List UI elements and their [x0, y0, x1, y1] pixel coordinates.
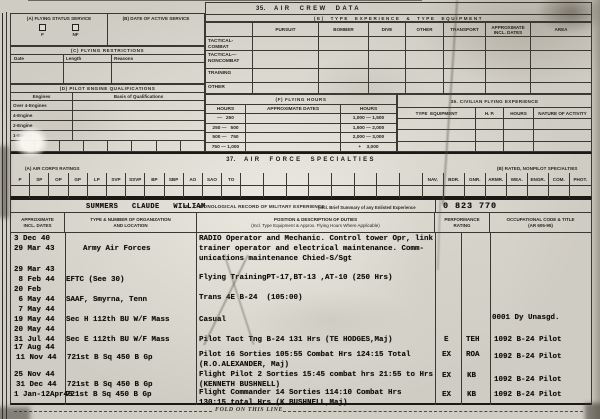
- grid-cell: [504, 119, 534, 130]
- rating-cell-ao: AO: [184, 173, 203, 200]
- flying-status-f-checkbox: [39, 24, 46, 31]
- table-column-divider: [490, 233, 491, 405]
- section-38-number: 38.: [183, 204, 189, 209]
- row-duties-line: Casual: [199, 316, 226, 324]
- restrictions-col-length: Length: [66, 56, 81, 61]
- air-corps-ratings-label: (A) AIR CORPS RATINGS: [25, 166, 80, 171]
- grid-cell: [253, 51, 319, 69]
- section-35-title: AIR CREW DATA: [274, 5, 361, 13]
- grid-cell: [84, 141, 108, 152]
- f-hours-bracket: 500 — 750: [206, 133, 246, 143]
- row-duties-line: Flying TrainingPT-17,BT-13 ,AT-10 (250 H…: [199, 274, 393, 282]
- grid-cell: [531, 51, 591, 69]
- grid-cell: [444, 37, 486, 51]
- row-performance-rating: EX: [442, 351, 451, 359]
- stain-bottom-left-corner: [0, 407, 30, 419]
- specialty-cell-nav: NAV.: [423, 173, 444, 200]
- grid-cell: [504, 130, 534, 141]
- basis-cell: [73, 121, 204, 130]
- date-of-active-service-box: (B) DATE OF ACTIVE SERVICE: [107, 13, 205, 46]
- rating-cell-blank: [241, 173, 264, 200]
- specialty-cell-engr: ENGR.: [528, 173, 549, 200]
- flying-status-f-label: F: [41, 32, 44, 37]
- e-col-transport: TRANSPORT: [444, 23, 486, 37]
- row-date-to: 29 Mar 43: [14, 245, 55, 253]
- section-35-title-band: 35. AIR CREW DATA: [205, 2, 592, 14]
- row-date-to: 31 Jul 44: [14, 336, 55, 344]
- f-hours-bracket: 1,500 — 2,000: [341, 124, 396, 134]
- specialties-grid: P SP OP GP LP SVP SSVP BP SBP AO SAO TO …: [11, 173, 591, 200]
- f-col-approx-dates: APPROXIMATE DATES: [246, 104, 341, 114]
- section-38-subtitle: (Incl. Brief Summary of any Enlisted Exp…: [318, 205, 416, 210]
- civilian-flying-experience-box: 36. CIVILIAN FLYING EXPERIENCE TYPE EQUI…: [397, 94, 592, 152]
- table-column-divider: [196, 233, 197, 405]
- e-row-tactical-noncombat: TACTICAL—NONCOMBAT: [206, 51, 253, 69]
- f-hours-bracket: 250 — 500: [206, 124, 246, 134]
- row-date-to: 31 Dec 44: [16, 381, 57, 389]
- grid-cell: [398, 119, 476, 130]
- rating-cell-blank: [332, 173, 355, 200]
- civ-col-nature: NATURE OF ACTIVITY: [534, 107, 591, 119]
- row-date-from: 20 May 44: [14, 326, 55, 334]
- row-duties-line: Pilot Tact Tng B-24 131 Hrs (TE HODGES,M…: [199, 336, 393, 344]
- engine-row-over4: Over 4-Engines: [11, 101, 73, 110]
- stain-left-edge: [0, 146, 9, 218]
- chrono-body: 3 Dec 40 29 Mar 43 Army Air Forces RADIO…: [11, 233, 591, 405]
- rating-cell-svp: SVP: [107, 173, 126, 200]
- rating-cell-sbp: SBP: [165, 173, 184, 200]
- row-date-from: 1 Jan-12Apr45: [14, 391, 73, 399]
- row-performance-rating: EX: [442, 372, 451, 380]
- pilot-engine-qualifications-box: (D) PILOT ENGINE QUALIFICATIONS Engines …: [10, 84, 205, 152]
- row-date-from: 29 Mar 43: [14, 266, 55, 274]
- chrono-col-rating: PERFORMANCERATING: [435, 213, 490, 232]
- fold-dash-left: [14, 411, 212, 412]
- basis-cell: [73, 111, 204, 120]
- f-col-hours-right: HOURS: [341, 104, 396, 114]
- e-row-training: TRAINING: [206, 69, 253, 83]
- flying-status-service-box: (A) FLYING STATUS SERVICE F NF: [10, 13, 108, 46]
- e-col-bomber: BOMBER: [319, 23, 369, 37]
- flying-status-nf-label: NF: [72, 32, 78, 37]
- rating-cell-gp: GP: [69, 173, 88, 200]
- row-duties-line: RADIO Operator and Mechanic. Control tow…: [199, 235, 433, 243]
- basis-cell: [73, 101, 204, 110]
- flying-restrictions-label: (C) FLYING RESTRICTIONS: [11, 47, 204, 55]
- grid-cell: [406, 51, 444, 69]
- section-35-number: 35.: [256, 5, 266, 13]
- rating-cell-blank: [287, 173, 310, 200]
- grid-cell: [534, 119, 591, 130]
- grid-cell: [398, 130, 476, 141]
- grid-cell: [206, 23, 253, 37]
- rating-cell-sao: SAO: [203, 173, 222, 200]
- section-37-title: AIR FORCE SPECIALTIES: [244, 156, 376, 164]
- grid-cell: [11, 141, 35, 152]
- flying-hours-grid: HOURS APPROXIMATE DATES HOURS — 2501,000…: [206, 104, 396, 153]
- f-col-hours-left: HOURS: [206, 104, 246, 114]
- row-organization: Sec H 112th BU W/F Mass: [66, 316, 170, 324]
- engine-row-4: 4-Engine: [11, 111, 73, 120]
- civilian-flying-grid: TYPE EQUIPMENT H. P. HOURS NATURE OF ACT…: [398, 107, 591, 153]
- grid-cell: [132, 141, 156, 152]
- row-rater-initials: KB: [467, 372, 476, 380]
- grid-cell: [534, 130, 591, 141]
- grid-cell: [319, 51, 369, 69]
- row-duties-line: trainer operator and electrical maintena…: [199, 245, 424, 253]
- civ-col-hours: HOURS: [504, 107, 534, 119]
- e-col-approx-dates: APPROXIMATE INCL. DATES: [486, 23, 531, 37]
- specialty-cell-bdr: BDR.: [444, 173, 465, 200]
- section-38-title: CHRONOLOGICAL RECORD OF MILITARY EXPERIE…: [193, 204, 325, 209]
- chrono-col-duties: POSITION & DESCRIPTION OF DUTIES(Incl. T…: [197, 213, 435, 232]
- grid-cell: [319, 69, 369, 83]
- grid-cell: [486, 51, 531, 69]
- row-organization: EFTC (See 30): [66, 276, 125, 284]
- row-date-from: 7 May 44: [14, 306, 55, 314]
- rating-cell-op: OP: [49, 173, 68, 200]
- row-date-to: 8 Feb 44: [14, 276, 55, 284]
- air-force-specialties-box: 37. AIR FORCE SPECIALTIES (A) AIR CORPS …: [10, 152, 592, 198]
- engine-row-1: 1-Engine: [11, 131, 73, 140]
- row-date-from: 25 Nov 44: [14, 371, 55, 379]
- rating-cell-ssvp: SSVP: [126, 173, 145, 200]
- chrono-header-row: APPROXIMATEINCL. DATES TYPE & NUMBER OF …: [11, 213, 591, 233]
- row-duties-line: Trans 4E B-24 (105:00): [199, 294, 303, 302]
- row-rater-initials: KB: [467, 391, 476, 399]
- rating-cell-lp: LP: [88, 173, 107, 200]
- civ-col-type-equipment: TYPE EQUIPMENT: [398, 107, 476, 119]
- e-col-area: AREA: [531, 23, 591, 37]
- type-experience-label-band: (E) TYPE EXPERIENCE & TYPE EQUIPMENT: [205, 14, 592, 22]
- restrictions-col-date: Date: [14, 56, 24, 61]
- page-edge-line-inner: [6, 12, 7, 419]
- basis-col-label: Basis of Qualifications: [73, 93, 204, 100]
- flying-status-service-label: (A) FLYING STATUS SERVICE: [11, 14, 107, 21]
- row-organization: 721st B Sq 450 B Gp: [67, 381, 153, 389]
- e-row-tactical-combat: TACTICAL-COMBAT: [206, 37, 253, 51]
- fold-dash-right: [283, 411, 583, 412]
- table-column-divider: [435, 233, 436, 405]
- table-column-divider: [461, 233, 462, 405]
- grid-cell: [476, 130, 504, 141]
- specialty-cell-wea: WEA.: [507, 173, 528, 200]
- grid-cell: [486, 37, 531, 51]
- scanned-military-form: 35. AIR CREW DATA (A) FLYING STATUS SERV…: [0, 0, 600, 419]
- row-date-to: 6 May 44: [14, 296, 55, 304]
- type-experience-grid: PURSUIT BOMBER DIVE OTHER TRANSPORT APPR…: [205, 22, 592, 94]
- row-date-to: 19 May 44: [14, 316, 55, 324]
- flying-restrictions-box: (C) FLYING RESTRICTIONS Date Length Reas…: [10, 46, 205, 84]
- row-rater-initials: ROA: [466, 351, 480, 359]
- specialty-cell-com: COM.: [549, 173, 570, 200]
- e-col-other: OTHER: [406, 23, 444, 37]
- f-hours-bracket: 2,000 — 3,000: [341, 133, 396, 143]
- row-organization: Army Air Forces: [83, 245, 151, 253]
- row-occupational-code: 1092 B-24 Pilot: [494, 391, 562, 399]
- grid-cell: [319, 37, 369, 51]
- f-hours-bracket: — 250: [206, 114, 246, 124]
- civilian-flying-experience-title: 36. CIVILIAN FLYING EXPERIENCE: [398, 95, 591, 107]
- row-organization: 721st B Sq 450 B Gp: [67, 354, 153, 362]
- rated-nonpilot-label: (B) RATED, NONPILOT SPECIALTIES: [497, 166, 577, 171]
- civ-col-hp: H. P.: [476, 107, 504, 119]
- chrono-col-occupational-code: OCCUPATIONAL CODE & TITLE(AR 605-95): [490, 213, 591, 232]
- rating-cell-blank: [264, 173, 287, 200]
- rating-cell-p: P: [11, 173, 30, 200]
- flying-hours-box: (F) FLYING HOURS HOURS APPROXIMATE DATES…: [205, 94, 397, 152]
- row-occupational-code: 1092 B-24 Pilot: [494, 376, 562, 384]
- page-edge-line-outer: [2, 13, 3, 419]
- basis-cell: [73, 131, 204, 140]
- row-occupational-code: 1092 B-24 Pilot: [494, 336, 562, 344]
- grid-cell: [60, 141, 84, 152]
- name-band: SUMMERS CLAUDE WILLIAM 38. CHRONOLOGICAL…: [11, 200, 591, 213]
- date-of-active-service-label: (B) DATE OF ACTIVE SERVICE: [108, 14, 204, 21]
- row-organization: SAAF, Smyrna, Tenn: [66, 296, 147, 304]
- stain-bottom-right-corner: [585, 403, 600, 419]
- restrictions-divider: [111, 55, 112, 83]
- row-duties-line: Pilot 16 Sorties 105:55 Combat Hrs 124:1…: [199, 351, 411, 359]
- rating-cell-bp: BP: [145, 173, 164, 200]
- specialty-cell-phot: PHOT.: [570, 173, 591, 200]
- grid-cell: [369, 51, 406, 69]
- grid-cell: [369, 69, 406, 83]
- section-37-number: 37.: [226, 156, 236, 164]
- fold-line-text: FOLD ON THIS LINE: [215, 406, 283, 414]
- row-organization: 721st B Sq 450 B Gp: [66, 391, 152, 399]
- restrictions-divider: [63, 55, 64, 83]
- row-occupational-code: 1092 B-24 Pilot: [494, 353, 562, 361]
- engine-row-2: 2-Engine: [11, 121, 73, 130]
- grid-cell: [253, 69, 319, 83]
- grid-cell: [531, 69, 591, 83]
- rating-cell-blank: [355, 173, 378, 200]
- flying-hours-label: (F) FLYING HOURS: [206, 95, 396, 104]
- service-number-divider: [435, 200, 436, 213]
- row-duties-line: Flight Commander 14 Sorties 114:10 Comba…: [199, 389, 402, 397]
- row-duties-line: (KENNETH BUSHNELL): [199, 381, 280, 389]
- grid-cell: [181, 141, 204, 152]
- flying-status-nf-checkbox: [72, 24, 79, 31]
- grid-cell: [406, 69, 444, 83]
- row-date-from: 20 Feb: [14, 286, 41, 294]
- row-duties-line: Flight Pilot 2 Sorties 15:45 combat hrs …: [199, 371, 433, 379]
- grid-cell: [157, 141, 181, 152]
- row-rater-initials: TEH: [466, 336, 480, 344]
- row-date-from: 3 Dec 40: [14, 235, 50, 243]
- f-hours-bracket: 1,000 — 1,500: [341, 114, 396, 124]
- grid-cell: [108, 141, 132, 152]
- section-37-title-band: 37. AIR FORCE SPECIALTIES: [11, 155, 591, 165]
- grid-cell: [246, 114, 341, 124]
- row-performance-rating: E: [444, 336, 449, 344]
- grid-cell: [444, 51, 486, 69]
- rating-cell-to: TO: [222, 173, 241, 200]
- row-performance-rating: EX: [442, 391, 451, 399]
- row-occupational-code: 0001 Dy Unasgd.: [492, 314, 560, 322]
- grid-cell: [531, 37, 591, 51]
- row-date-from: 17 Aug 44: [14, 344, 55, 352]
- chrono-col-dates: APPROXIMATEINCL. DATES: [11, 213, 65, 232]
- row-duties-line: (R.O.ALEXANDER, Maj): [199, 361, 289, 369]
- grid-cell: [406, 37, 444, 51]
- rating-cell-blank: [377, 173, 400, 200]
- specialty-cell-gnr: GNR.: [465, 173, 486, 200]
- chronological-record-box: SUMMERS CLAUDE WILLIAM 38. CHRONOLOGICAL…: [10, 198, 592, 405]
- torn-top-line: [28, 0, 422, 1]
- row-date-to: 11 Nov 44: [16, 354, 57, 362]
- grid-cell: [369, 37, 406, 51]
- grid-cell: [35, 141, 59, 152]
- specialty-cell-armr: ARMR.: [486, 173, 507, 200]
- e-col-dive: DIVE: [369, 23, 406, 37]
- engines-col-label: Engines: [11, 93, 73, 100]
- chrono-col-organization: TYPE & NUMBER OF ORGANIZATIONAND LOCATIO…: [65, 213, 197, 232]
- row-organization: Sec E 112th BU W/F Mass: [66, 336, 170, 344]
- pilot-engine-qualifications-label: (D) PILOT ENGINE QUALIFICATIONS: [11, 85, 204, 93]
- rating-cell-sp: SP: [30, 173, 49, 200]
- type-experience-label: (E) TYPE EXPERIENCE & TYPE EQUIPMENT: [314, 16, 483, 21]
- rating-cell-blank: [400, 173, 423, 200]
- service-number: 0 823 770: [443, 202, 497, 210]
- grid-cell: [476, 119, 504, 130]
- grid-cell: [486, 69, 531, 83]
- rating-cell-blank: [309, 173, 332, 200]
- restrictions-col-reasons: Reasons: [114, 56, 133, 61]
- grid-cell: [246, 133, 341, 143]
- e-col-pursuit: PURSUIT: [253, 23, 319, 37]
- row-duties-line: unications maintenance Chied-S/Sgt: [199, 255, 352, 263]
- grid-cell: [444, 69, 486, 83]
- grid-cell: [253, 37, 319, 51]
- grid-cell: [246, 124, 341, 134]
